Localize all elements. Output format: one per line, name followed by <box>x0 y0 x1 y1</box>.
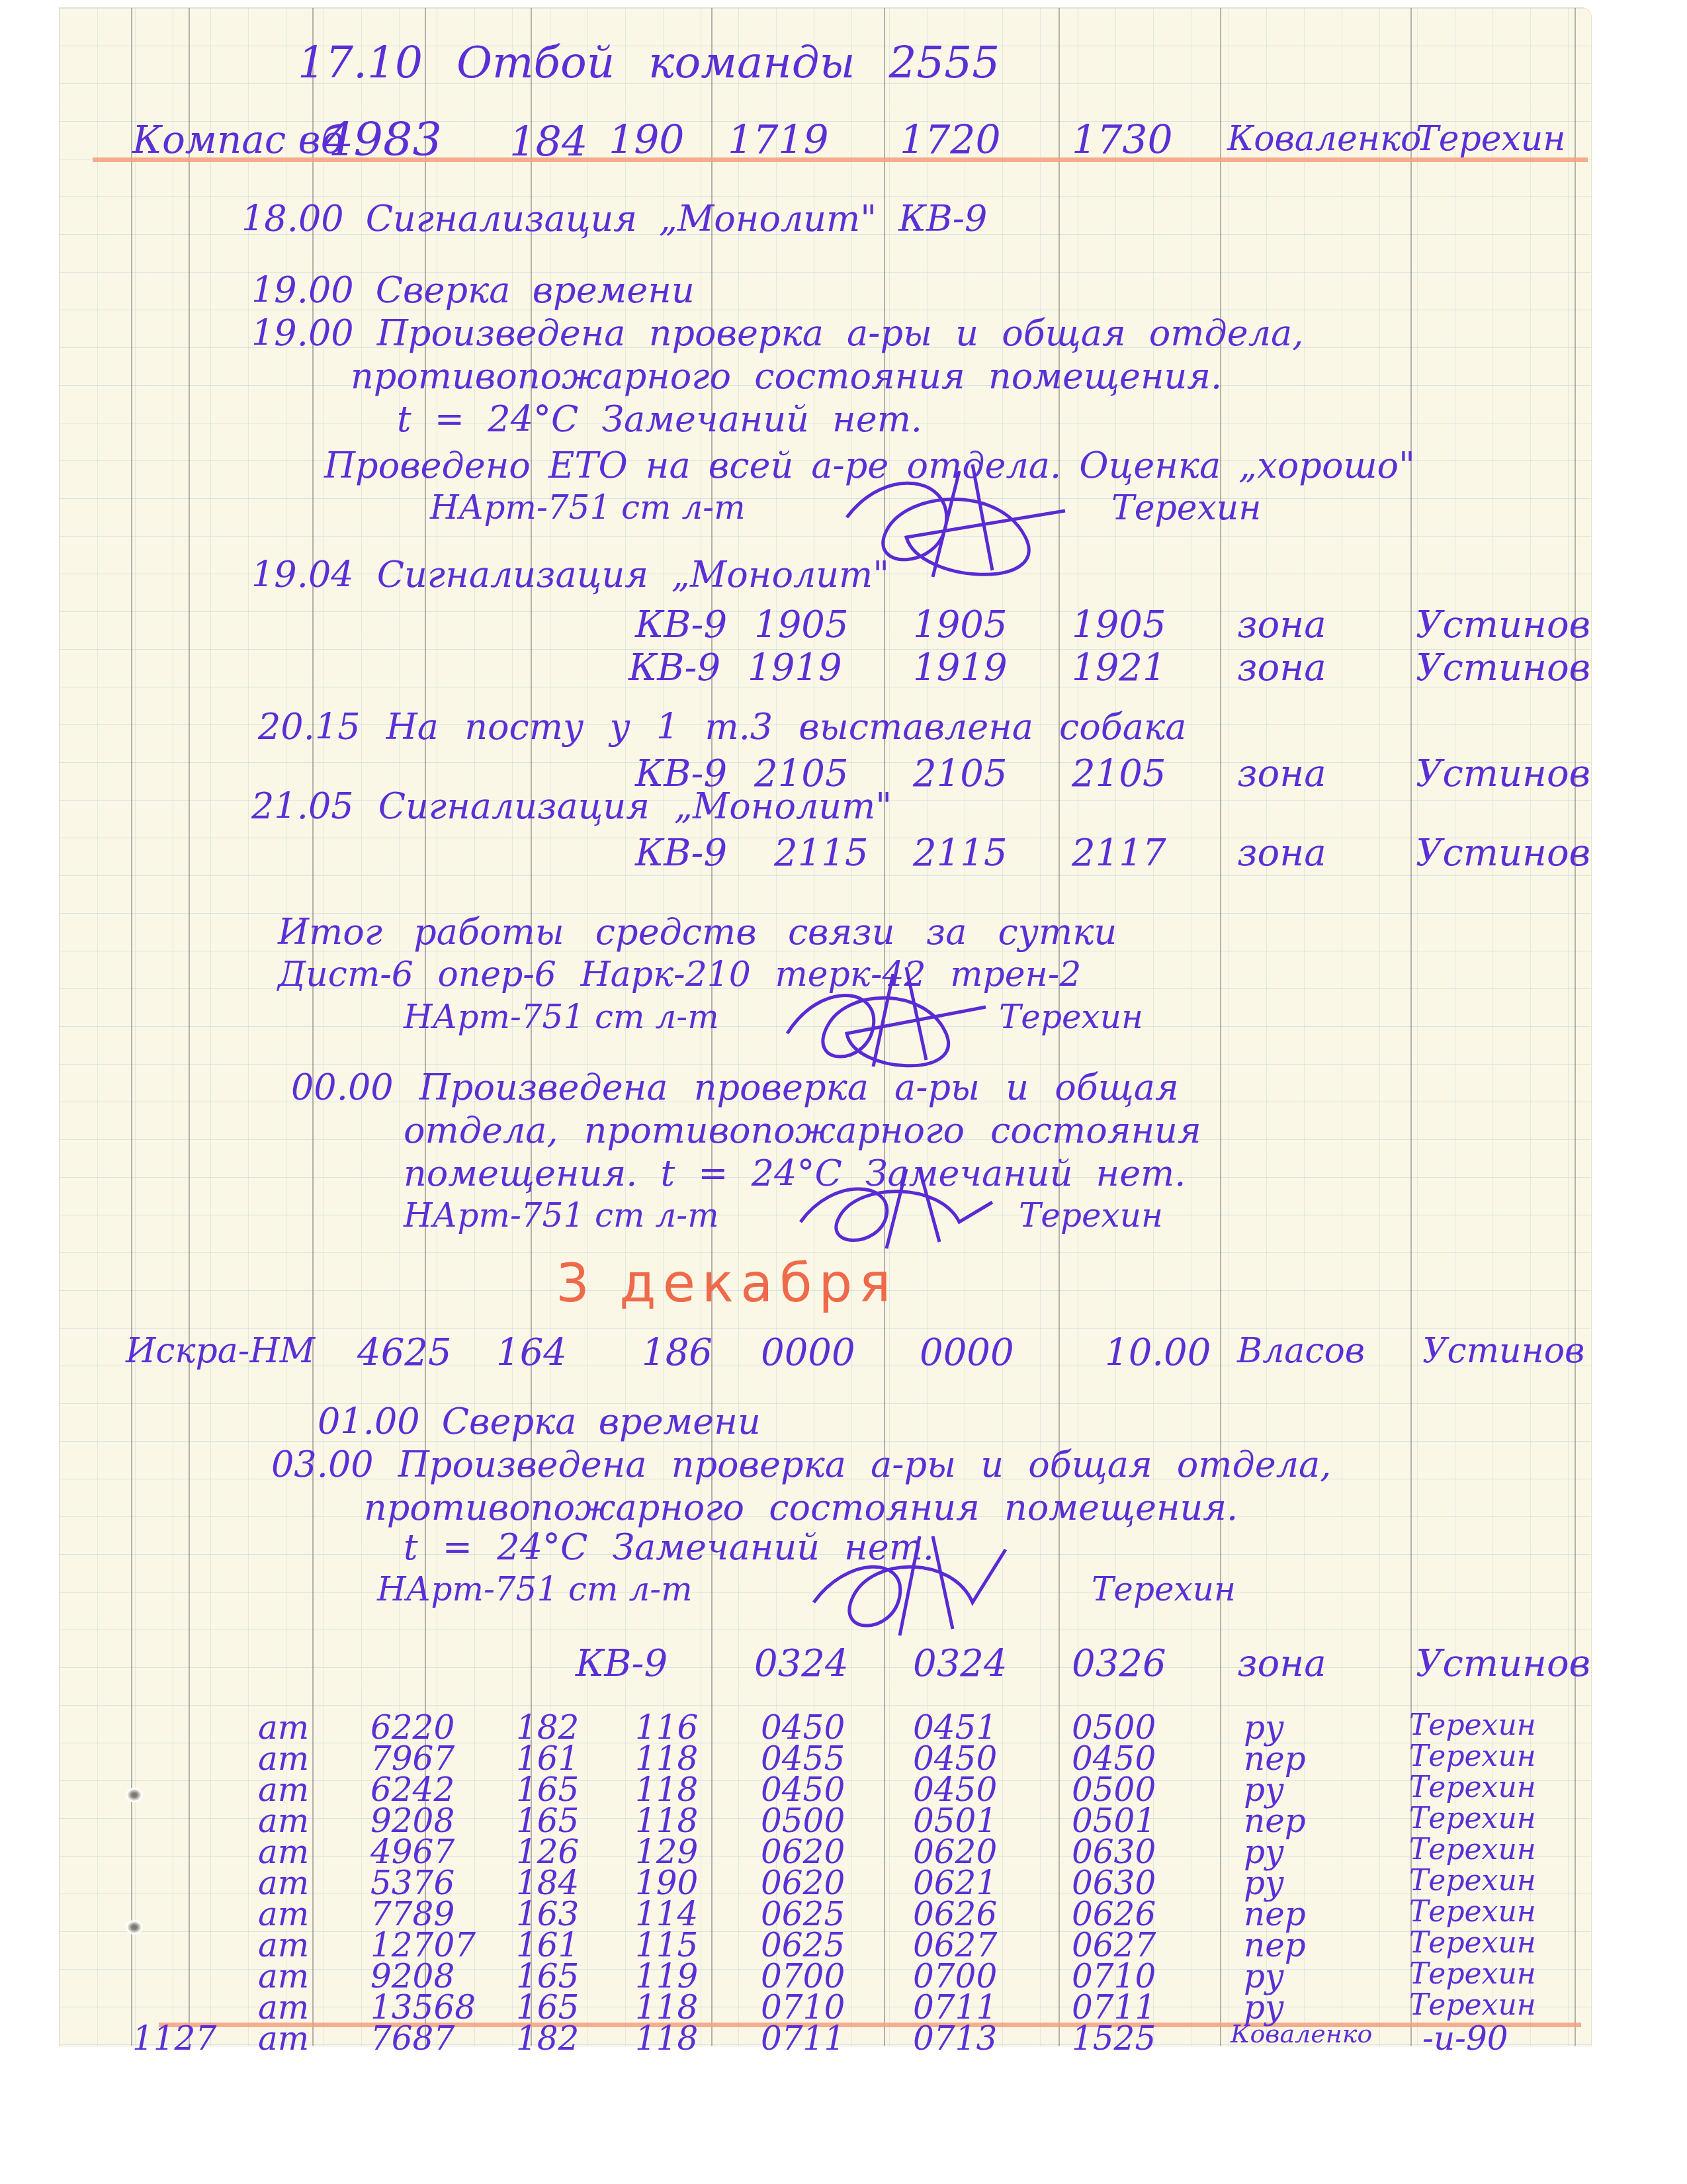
table-cell: 7687 <box>370 2019 454 2058</box>
entry-line: t = 24°C Замечаний нет. <box>397 402 922 437</box>
entry-line: 19.00 Произведена проверка а-ры и общая … <box>251 316 1303 351</box>
signature-name: Терехин <box>1092 1573 1236 1606</box>
table-cell: Терехин <box>1409 1895 1536 1929</box>
entry-line: 20.15 На посту у 1 т.3 выставлена собака <box>258 709 1186 745</box>
punch-hole <box>126 1788 143 1802</box>
signature-scribble <box>800 1530 1012 1642</box>
signature-name: Терехин <box>1019 1199 1163 1232</box>
table-cell: ат <box>258 2019 309 2058</box>
signature-scribble <box>787 1162 999 1255</box>
table-cell: Терехин <box>1409 1988 1536 2022</box>
entry-line: 18.00 Сигнализация „Монолит" КВ-9 <box>241 201 987 237</box>
entry-line: 01.00 Сверка времени <box>318 1404 761 1440</box>
column-rule <box>189 8 190 2046</box>
table-cell: Терехин <box>1409 1708 1536 1742</box>
entry-line: 00.00 Произведена проверка а-ры и общая <box>291 1070 1179 1106</box>
table-cell: 1525 <box>1072 2019 1156 2058</box>
column-rule <box>131 8 132 2046</box>
table-cell: Терехин <box>1409 1770 1536 1804</box>
column-rule <box>1575 8 1576 2046</box>
entry-line: 03.00 Произведена проверка а-ры и общая … <box>271 1447 1331 1483</box>
entry-line: отдела, противопожарного состояния <box>404 1113 1201 1149</box>
table-cell: 182 <box>516 2019 579 2058</box>
signature-rank: НАрт-751 ст л-т <box>377 1573 693 1606</box>
signature-name: Терехин <box>999 1000 1143 1033</box>
table-cell: Терехин <box>1409 1833 1536 1866</box>
entry-line: 21.05 Сигнализация „Монолит" <box>251 789 892 824</box>
signature-scribble <box>774 961 992 1073</box>
entry-line: противопожарного состояния помещения. <box>351 359 1222 394</box>
entry-line: 19.04 Сигнализация „Монолит" <box>251 557 889 593</box>
table-cell: 1127 <box>132 2019 216 2058</box>
table-cell: Терехин <box>1409 1926 1536 1960</box>
table-cell: 118 <box>635 2019 698 2058</box>
log-page: 17.10 Отбой команды 2555 Компас вб 4983 … <box>60 8 1591 2046</box>
table-cell: -и-90 <box>1422 2019 1508 2058</box>
signature-name: Терехин <box>1111 491 1262 525</box>
table-cell: 0713 <box>913 2019 997 2058</box>
date-heading: 3 декабря <box>556 1257 897 1310</box>
signature-rank: НАрт-751 ст л-т <box>430 491 746 524</box>
table-cell: 0711 <box>761 2019 845 2058</box>
summary-title: Итог работы средств связи за сутки <box>278 914 1117 950</box>
table-cell: Терехин <box>1409 1864 1536 1898</box>
table-cell: Терехин <box>1409 1802 1536 1835</box>
signature-rank: НАрт-751 ст л-т <box>404 1000 719 1033</box>
entry-line: 19.00 Сверка времени <box>251 273 695 308</box>
entry-line: противопожарного состояния помещения. <box>364 1490 1238 1526</box>
header-line: 17.10 Отбой команды 2555 <box>298 41 1000 85</box>
table-cell: Терехин <box>1409 1739 1536 1773</box>
table-cell: Коваленко <box>1231 2019 1372 2048</box>
punch-hole <box>126 1920 143 1935</box>
table-cell: Терехин <box>1409 1957 1536 1991</box>
signature-rank: НАрт-751 ст л-т <box>404 1199 719 1232</box>
